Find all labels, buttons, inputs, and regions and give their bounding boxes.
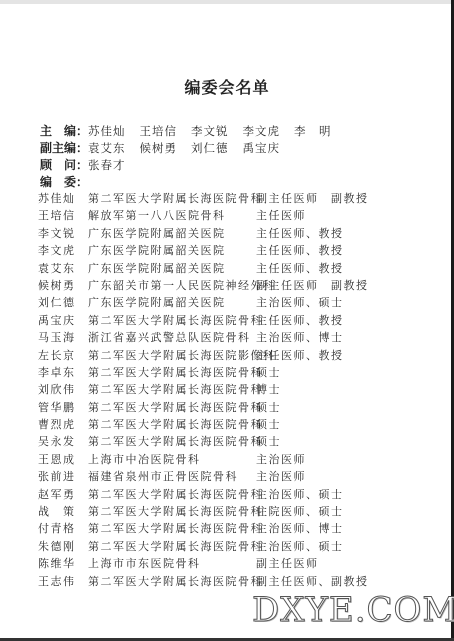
editorial-header: 主 编： 苏佳灿 王培信 李文锐 李文虎 李 明 副主编： 袁艾东 候树勇 刘仁… <box>40 123 346 191</box>
member-title: 硕士 <box>256 364 281 381</box>
editor-name: 李文虎 <box>243 123 281 140</box>
page-title: 编委会名单 <box>0 75 454 98</box>
member-institution: 广东医学院附属韶关医院 <box>88 294 226 311</box>
member-name: 吴永发 <box>38 433 86 450</box>
member-institution: 第二军医大学附属长海医院骨科 <box>88 399 263 416</box>
editor-name: 李文锐 <box>191 123 229 140</box>
member-name: 左长京 <box>38 347 86 364</box>
member-institution: 广东医学院附属韶关医院 <box>88 242 226 259</box>
member-title: 主治医师 <box>256 468 306 485</box>
member-name: 李卓东 <box>38 364 86 381</box>
member-title: 主任医师、教授 <box>256 260 344 277</box>
deputy-editors-row: 副主编： 袁艾东 候树勇 刘仁德 禹宝庆 <box>40 140 346 157</box>
chief-editors-row: 主 编： 苏佳灿 王培信 李文锐 李文虎 李 明 <box>40 123 346 140</box>
editor-name: 李 明 <box>294 123 332 140</box>
members-label-row: 编 委： <box>40 174 346 191</box>
member-institution: 广东医学院附属韶关医院 <box>88 225 226 242</box>
member-title: 副主任医师 <box>256 555 319 572</box>
member-institution: 第二军医大学附属长海医院骨科 <box>88 364 263 381</box>
editor-name: 王培信 <box>140 123 178 140</box>
row-label: 顾 问： <box>40 157 88 174</box>
member-title: 博士 <box>256 381 281 398</box>
member-name: 苏佳灿 <box>38 190 86 207</box>
page-top-edge <box>0 0 454 4</box>
member-institution: 第二军医大学附属长海医院骨科 <box>88 381 263 398</box>
member-institution: 福建省泉州市正骨医院骨科 <box>88 468 238 485</box>
member-name: 张前进 <box>38 468 86 485</box>
member-institution: 广东韶关市第一人民医院神经外科 <box>88 277 276 294</box>
row-label: 编 委： <box>40 174 88 191</box>
member-name: 王恩成 <box>38 451 86 468</box>
member-name: 候树勇 <box>38 277 86 294</box>
member-title: 主任医师、教授 <box>256 242 344 259</box>
member-institution: 广东医学院附属韶关医院 <box>88 260 226 277</box>
member-name: 战 策 <box>38 503 86 520</box>
member-name: 付青格 <box>38 520 86 537</box>
member-institution: 浙江省嘉兴武警总队医院骨科 <box>88 329 251 346</box>
member-name: 袁艾东 <box>38 260 86 277</box>
member-institution: 上海市市东医院骨科 <box>88 555 201 572</box>
member-title: 硕士 <box>256 416 281 433</box>
watermark: DXYE.COM <box>252 590 454 630</box>
member-title: 硕士 <box>256 399 281 416</box>
member-title: 主任医师、教授 <box>256 347 344 364</box>
advisor-name: 张春才 <box>88 157 126 174</box>
member-title: 住院医师、硕士 <box>256 503 344 520</box>
member-title: 主治医师、博士 <box>256 520 344 537</box>
member-title: 副主任医师、副教授 <box>256 573 369 590</box>
member-name: 曹烈虎 <box>38 416 86 433</box>
member-name: 李文虎 <box>38 242 86 259</box>
member-title: 主任医师、教授 <box>256 225 344 242</box>
member-institution: 第二军医大学附属长海医院骨科 <box>88 538 263 555</box>
member-institution: 第二军医大学附属长海医院骨科 <box>88 503 263 520</box>
member-institution: 第二军医大学附属长海医院骨科 <box>88 416 263 433</box>
member-name: 王志伟 <box>38 573 86 590</box>
advisor-row: 顾 问： 张春才 <box>40 157 346 174</box>
member-title: 主治医师、硕士 <box>256 538 344 555</box>
member-institution: 第二军医大学附属长海医院骨科 <box>88 573 263 590</box>
member-institution: 第二军医大学附属长海医院骨科 <box>88 190 263 207</box>
member-name: 禹宝庆 <box>38 312 86 329</box>
row-label: 副主编： <box>40 140 88 157</box>
member-name: 陈维华 <box>38 555 86 572</box>
member-institution: 第二军医大学附属长海医院骨科 <box>88 433 263 450</box>
member-institution: 第二军医大学附属长海医院影像科 <box>88 347 276 364</box>
editor-name: 候树勇 <box>140 140 178 157</box>
member-title: 主任医师 <box>256 207 306 224</box>
editor-name: 禹宝庆 <box>243 140 281 157</box>
row-label: 主 编： <box>40 123 88 140</box>
member-title: 副主任医师 副教授 <box>256 190 369 207</box>
member-institution: 上海市中冶医院骨科 <box>88 451 201 468</box>
member-name: 赵军勇 <box>38 486 86 503</box>
member-title: 主任医师、教授 <box>256 312 344 329</box>
editor-name: 袁艾东 <box>88 140 126 157</box>
member-institution: 解放军第一八八医院骨科 <box>88 207 226 224</box>
member-name: 李文锐 <box>38 225 86 242</box>
member-name: 刘仁德 <box>38 294 86 311</box>
member-title: 主治医师、硕士 <box>256 486 344 503</box>
member-title: 主治医师 <box>256 451 306 468</box>
member-title: 主治医师、博士 <box>256 329 344 346</box>
member-name: 朱德刚 <box>38 538 86 555</box>
member-name: 管华鹏 <box>38 399 86 416</box>
member-title: 硕士 <box>256 433 281 450</box>
member-title: 副主任医师 副教授 <box>256 277 369 294</box>
member-name: 刘欣伟 <box>38 381 86 398</box>
editor-name: 刘仁德 <box>191 140 229 157</box>
member-name: 马玉海 <box>38 329 86 346</box>
member-name: 王培信 <box>38 207 86 224</box>
editor-name: 苏佳灿 <box>88 123 126 140</box>
member-institution: 第二军医大学附属长海医院骨科 <box>88 312 263 329</box>
member-title: 主治医师、硕士 <box>256 294 344 311</box>
member-institution: 第二军医大学附属长海医院骨科 <box>88 486 263 503</box>
member-institution: 第二军医大学附属长海医院骨科 <box>88 520 263 537</box>
